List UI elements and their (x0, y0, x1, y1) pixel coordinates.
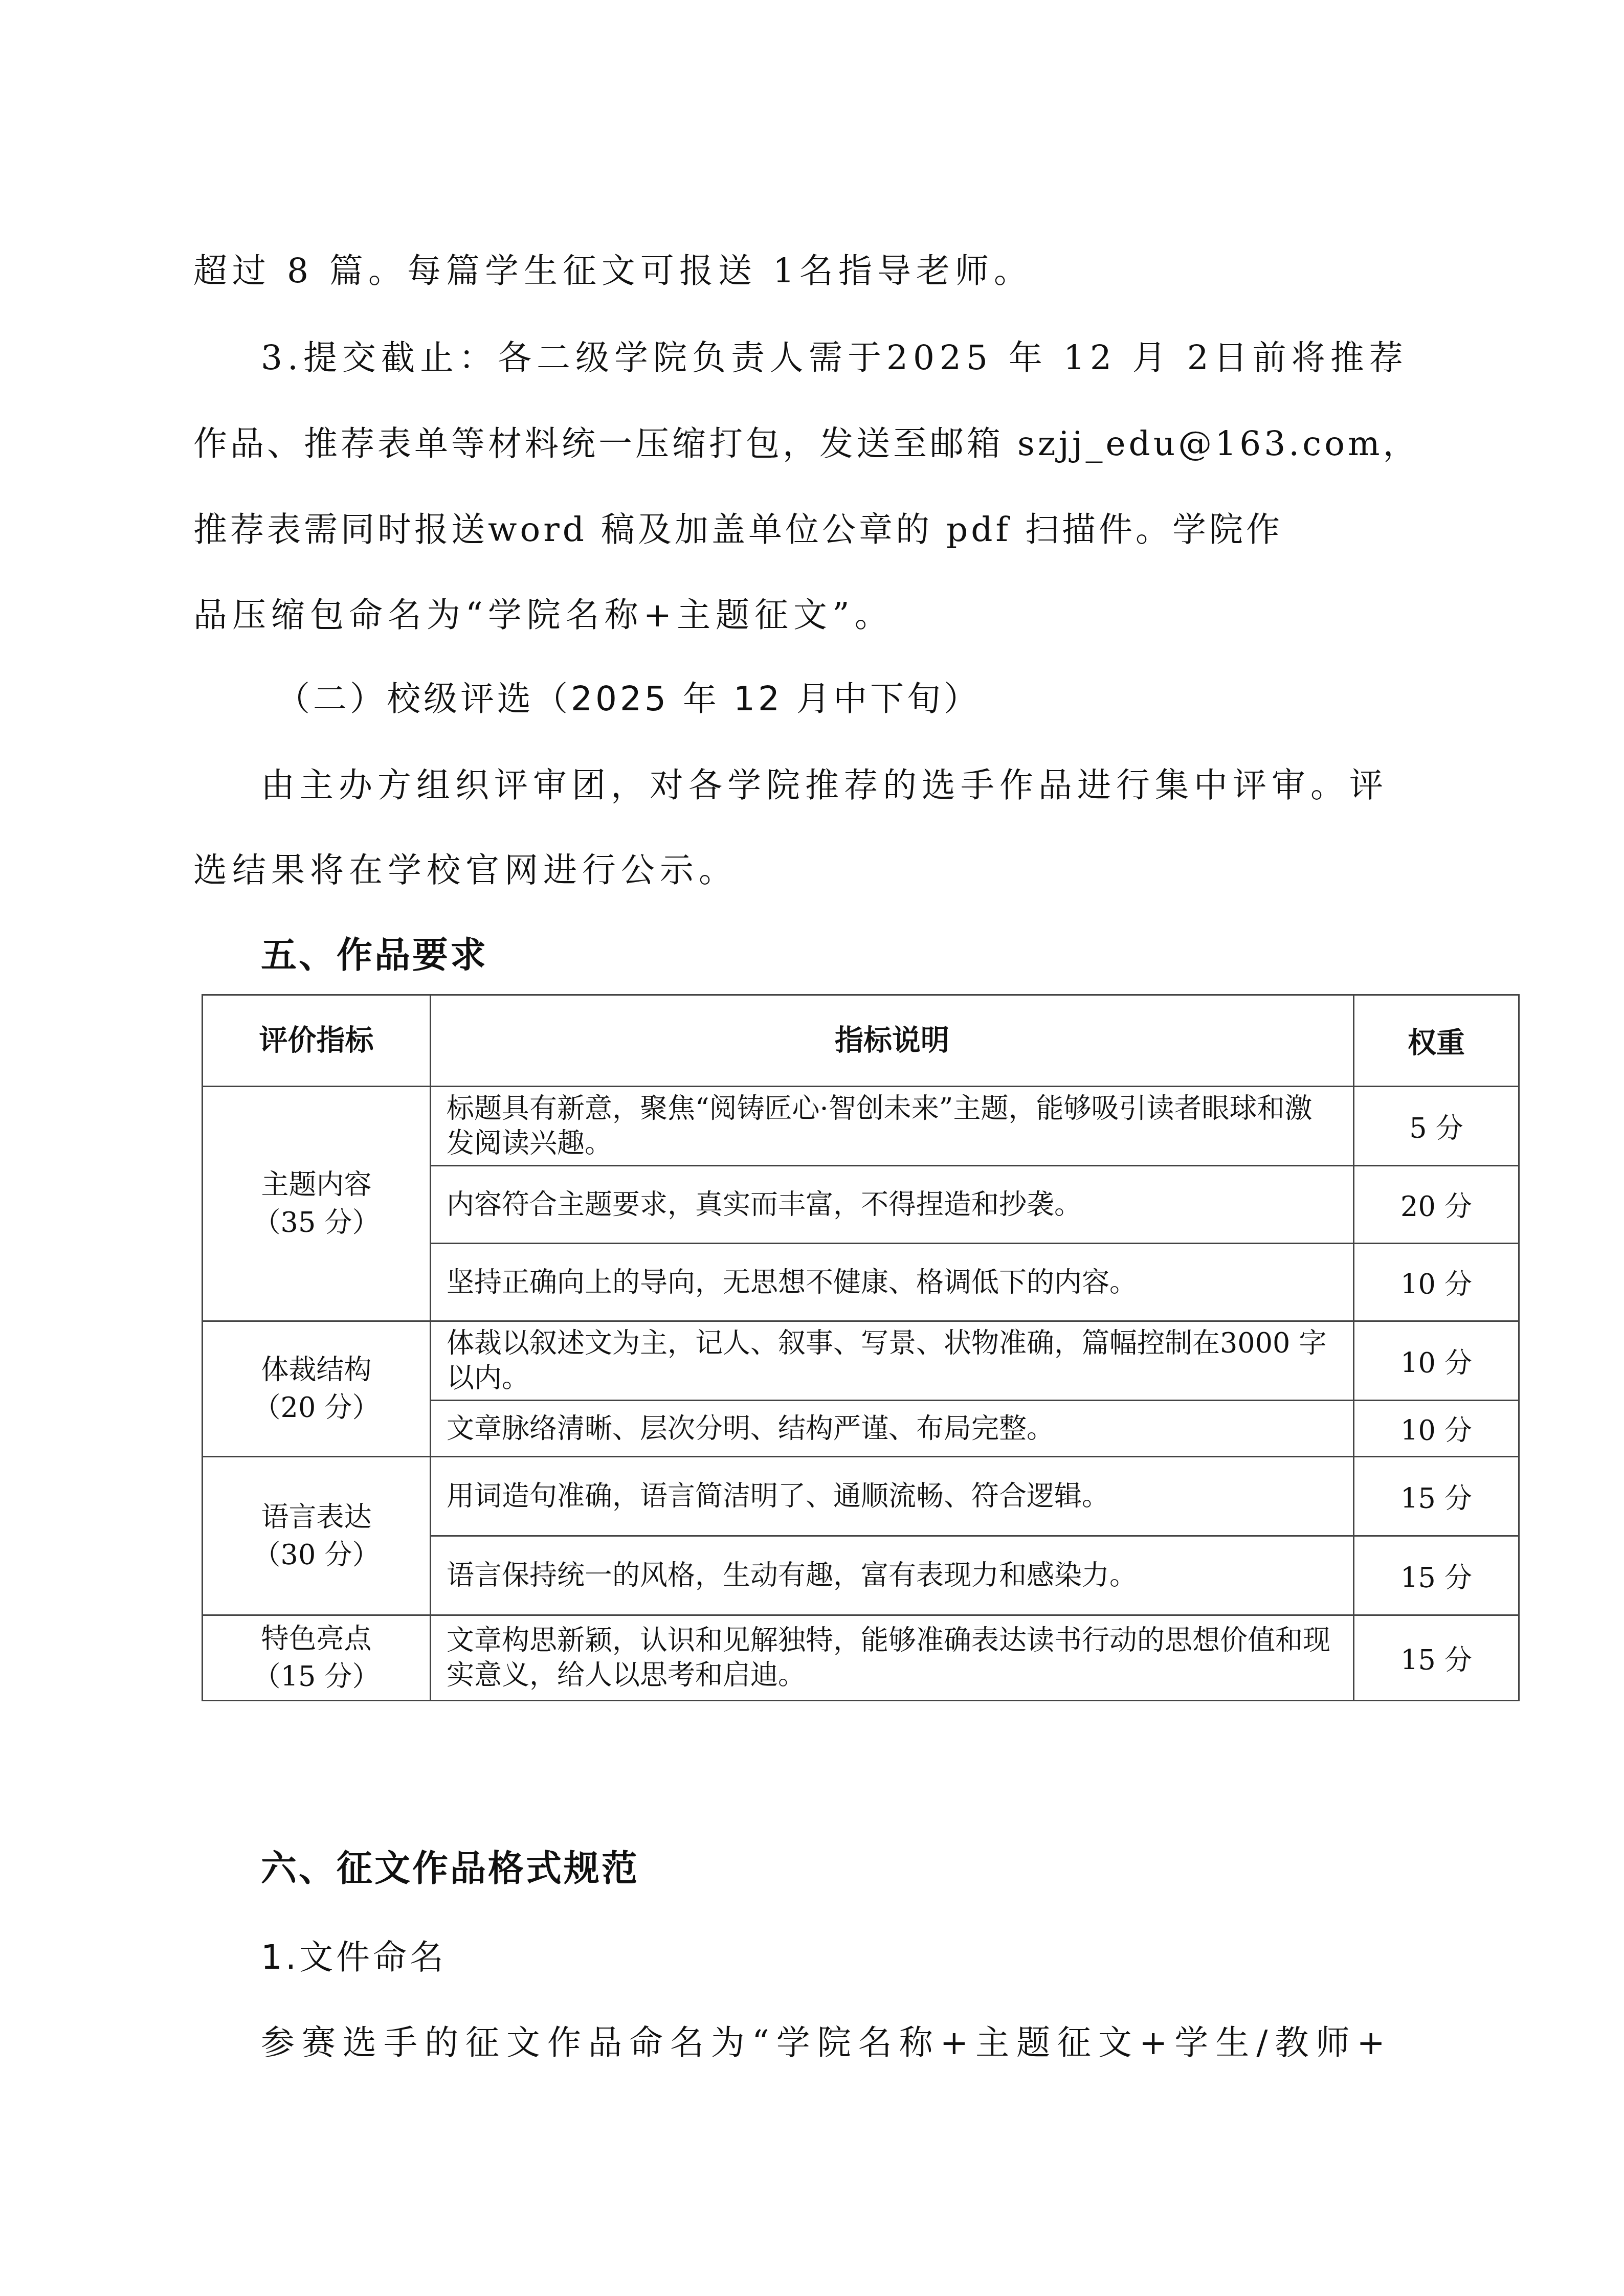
weight-cell: 15 分 (1354, 1615, 1519, 1701)
weight-cell: 10 分 (1354, 1401, 1519, 1457)
criterion-label: 主题内容 (218, 1166, 414, 1204)
table-row: 语言表达 （30 分） 用词造句准确，语言简洁明了、通顺流畅、符合逻辑。 15 … (203, 1457, 1519, 1536)
criterion-score: （20 分） (218, 1389, 414, 1427)
weight-cell: 20 分 (1354, 1166, 1519, 1244)
description-cell: 标题具有新意，聚焦“阅铸匠心·智创未来”主题，能够吸引读者眼球和激发阅读兴趣。 (431, 1087, 1354, 1166)
criterion-cell: 体裁结构 （20 分） (203, 1321, 431, 1457)
section-heading: 六、征文作品格式规范 (261, 1847, 639, 1890)
weight-cell: 15 分 (1354, 1536, 1519, 1615)
document-page: 超过 8 篇。每篇学生征文可报送 1名指导老师。 3.提交截止：各二级学院负责人… (0, 0, 1624, 2296)
criterion-label: 语言表达 (218, 1498, 414, 1536)
criteria-table: 评价指标 指标说明 权重 主题内容 （35 分） 标题具有新意，聚焦“阅铸匠心·… (202, 994, 1520, 1701)
header-description: 指标说明 (431, 995, 1354, 1087)
description-cell: 文章构思新颖，认识和见解独特，能够准确表达读书行动的思想价值和现实意义，给人以思… (431, 1615, 1354, 1701)
paragraph-line: 作品、推荐表单等材料统一压缩打包，发送至邮箱 szjj_edu@163.com， (193, 423, 1420, 464)
section-heading: 五、作品要求 (261, 934, 488, 977)
criterion-label: 特色亮点 (218, 1620, 414, 1658)
description-cell: 坚持正确向上的导向，无思想不健康、格调低下的内容。 (431, 1244, 1354, 1321)
criterion-score: （35 分） (218, 1204, 414, 1242)
subsection-heading: 1.文件命名 (261, 1937, 447, 1978)
table-header-row: 评价指标 指标说明 权重 (203, 995, 1519, 1087)
paragraph-line: 推荐表需同时报送word 稿及加盖单位公章的 pdf 扫描件。学院作 (193, 509, 1283, 550)
subsection-heading: （二）校级评选（2025 年 12 月中下旬） (276, 679, 981, 719)
paragraph-line: 选结果将在学校官网进行公示。 (193, 850, 738, 891)
description-cell: 用词造句准确，语言简洁明了、通顺流畅、符合逻辑。 (431, 1457, 1354, 1536)
header-criterion: 评价指标 (203, 995, 431, 1087)
description-cell: 体裁以叙述文为主，记人、叙事、写景、状物准确，篇幅控制在3000 字以内。 (431, 1321, 1354, 1401)
header-weight: 权重 (1354, 995, 1519, 1087)
paragraph-line: 超过 8 篇。每篇学生征文可报送 1名指导老师。 (193, 251, 1033, 291)
description-cell: 内容符合主题要求，真实而丰富，不得捏造和抄袭。 (431, 1166, 1354, 1244)
criterion-score: （15 分） (218, 1658, 414, 1696)
criterion-score: （30 分） (218, 1536, 414, 1574)
description-cell: 语言保持统一的风格，生动有趣，富有表现力和感染力。 (431, 1536, 1354, 1615)
criterion-cell: 特色亮点 （15 分） (203, 1615, 431, 1701)
table-row: 主题内容 （35 分） 标题具有新意，聚焦“阅铸匠心·智创未来”主题，能够吸引读… (203, 1087, 1519, 1166)
weight-cell: 10 分 (1354, 1321, 1519, 1401)
weight-cell: 15 分 (1354, 1457, 1519, 1536)
paragraph-line: 品压缩包命名为“学院名称+主题征文”。 (193, 595, 894, 636)
weight-cell: 10 分 (1354, 1244, 1519, 1321)
description-cell: 文章脉络清晰、层次分明、结构严谨、布局完整。 (431, 1401, 1354, 1457)
table-row: 体裁结构 （20 分） 体裁以叙述文为主，记人、叙事、写景、状物准确，篇幅控制在… (203, 1321, 1519, 1401)
weight-cell: 5 分 (1354, 1087, 1519, 1166)
criterion-cell: 语言表达 （30 分） (203, 1457, 431, 1615)
table-row: 特色亮点 （15 分） 文章构思新颖，认识和见解独特，能够准确表达读书行动的思想… (203, 1615, 1519, 1701)
paragraph-line: 3.提交截止：各二级学院负责人需于2025 年 12 月 2日前将推荐 (261, 337, 1408, 378)
criterion-cell: 主题内容 （35 分） (203, 1087, 431, 1321)
criterion-label: 体裁结构 (218, 1351, 414, 1389)
paragraph-line: 由主办方组织评审团，对各学院推荐的选手作品进行集中评审。评 (261, 765, 1388, 806)
paragraph-line: 参赛选手的征文作品命名为“学院名称+主题征文+学生/教师+ (261, 2022, 1392, 2063)
